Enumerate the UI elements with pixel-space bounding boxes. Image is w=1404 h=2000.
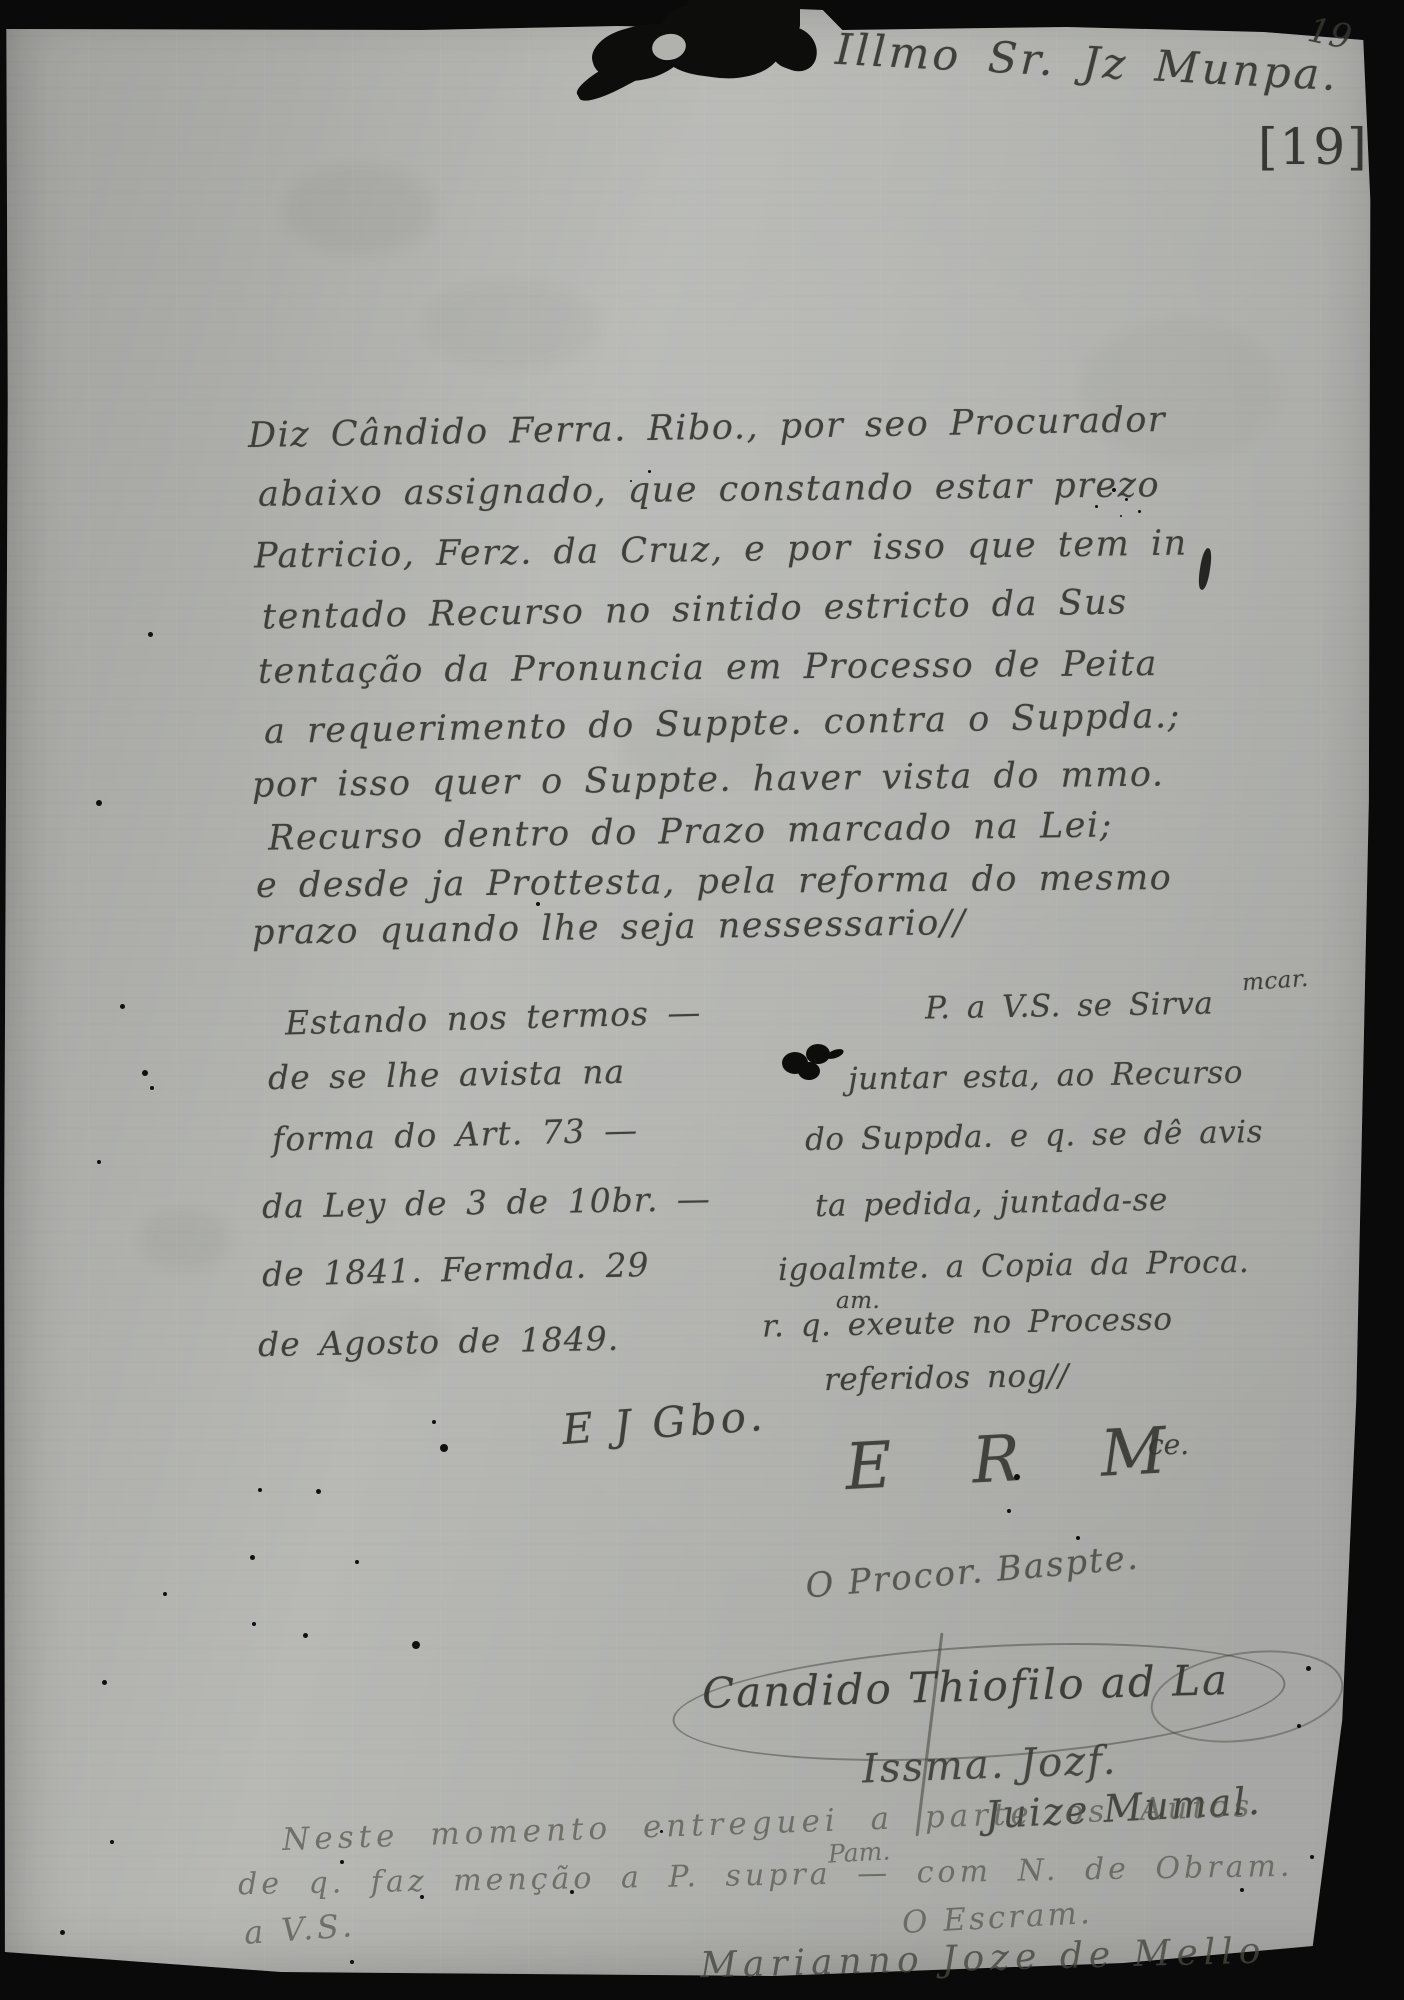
manuscript-line: da Ley de 3 de 10br. — [262, 1179, 712, 1226]
ink-speck [252, 1622, 256, 1626]
ink-blot-trefoil [798, 1062, 820, 1080]
manuscript-line: de se lhe avista na [268, 1052, 626, 1097]
ink-speck [142, 1070, 148, 1076]
ink-speck [250, 1555, 255, 1560]
ink-speck [440, 1444, 448, 1452]
manuscript-line: ta pedida, juntada-se [815, 1182, 1168, 1224]
ink-speck [536, 902, 540, 906]
manuscript-line: de Agosto de 1849. [258, 1319, 620, 1364]
ink-speck [1138, 510, 1141, 513]
ink-speck [1306, 1666, 1311, 1671]
ink-speck [96, 800, 102, 806]
ink-speck [412, 1641, 420, 1649]
ink-speck [303, 1633, 308, 1638]
ink-speck [1297, 1724, 1301, 1728]
ink-speck [630, 480, 632, 482]
paper-stain [285, 165, 435, 255]
ink-speck [1095, 505, 1098, 508]
ink-speck [570, 1890, 574, 1894]
signature-secondary: Issma. Jozf. [861, 1738, 1118, 1793]
ink-speck [97, 1160, 101, 1164]
manuscript-line: juntar esta, ao Recurso [848, 1055, 1244, 1098]
ink-speck [350, 1960, 354, 1964]
ink-speck [110, 1840, 114, 1844]
ink-speck [60, 1930, 65, 1935]
ink-speck [1240, 1888, 1244, 1892]
paper-stain [140, 1210, 230, 1270]
manuscript-superscript: mcar. [1241, 966, 1309, 997]
manuscript-superscript: am. [836, 1288, 880, 1314]
ink-speck [648, 470, 651, 473]
ink-speck [1125, 498, 1128, 501]
ink-speck [1310, 1855, 1314, 1859]
ink-speck [316, 1489, 321, 1494]
ink-speck [420, 1895, 424, 1899]
manuscript-line: referidos nog// [824, 1358, 1069, 1398]
ink-speck [340, 1860, 344, 1864]
ink-speck [432, 1420, 436, 1424]
page-number-stamp: [19] [1258, 118, 1369, 176]
closing-erm-superscript: ce. [1148, 1428, 1189, 1461]
manuscript-line: tentação da Pronuncia em Processo de Pei… [258, 644, 1158, 692]
ink-speck [660, 1830, 663, 1833]
manuscript-line: r. q. exeute no Processo [762, 1301, 1173, 1344]
scanned-document: 19 [19] Illmo Sr. Jz Munpa. Diz Cândido … [0, 0, 1404, 2000]
manuscript-line: P. a V.S. se Sirva [925, 985, 1214, 1026]
paper-stain [420, 280, 600, 370]
ink-speck [355, 1560, 359, 1564]
ink-speck [1014, 1474, 1020, 1480]
ink-speck [163, 1592, 167, 1596]
ink-speck [150, 1086, 154, 1090]
ink-speck [120, 1004, 125, 1009]
manuscript-line: e desde ja Prottesta, pela reforma do me… [256, 858, 1173, 906]
ink-speck [258, 1488, 262, 1492]
ink-speck [102, 1680, 107, 1685]
ink-speck [1120, 515, 1122, 517]
clerk-note-line: a V.S. [243, 1906, 357, 1952]
ink-speck [1076, 1536, 1080, 1540]
ink-speck [1007, 1509, 1011, 1513]
ink-speck [148, 632, 153, 637]
ink-speck [1112, 488, 1116, 492]
